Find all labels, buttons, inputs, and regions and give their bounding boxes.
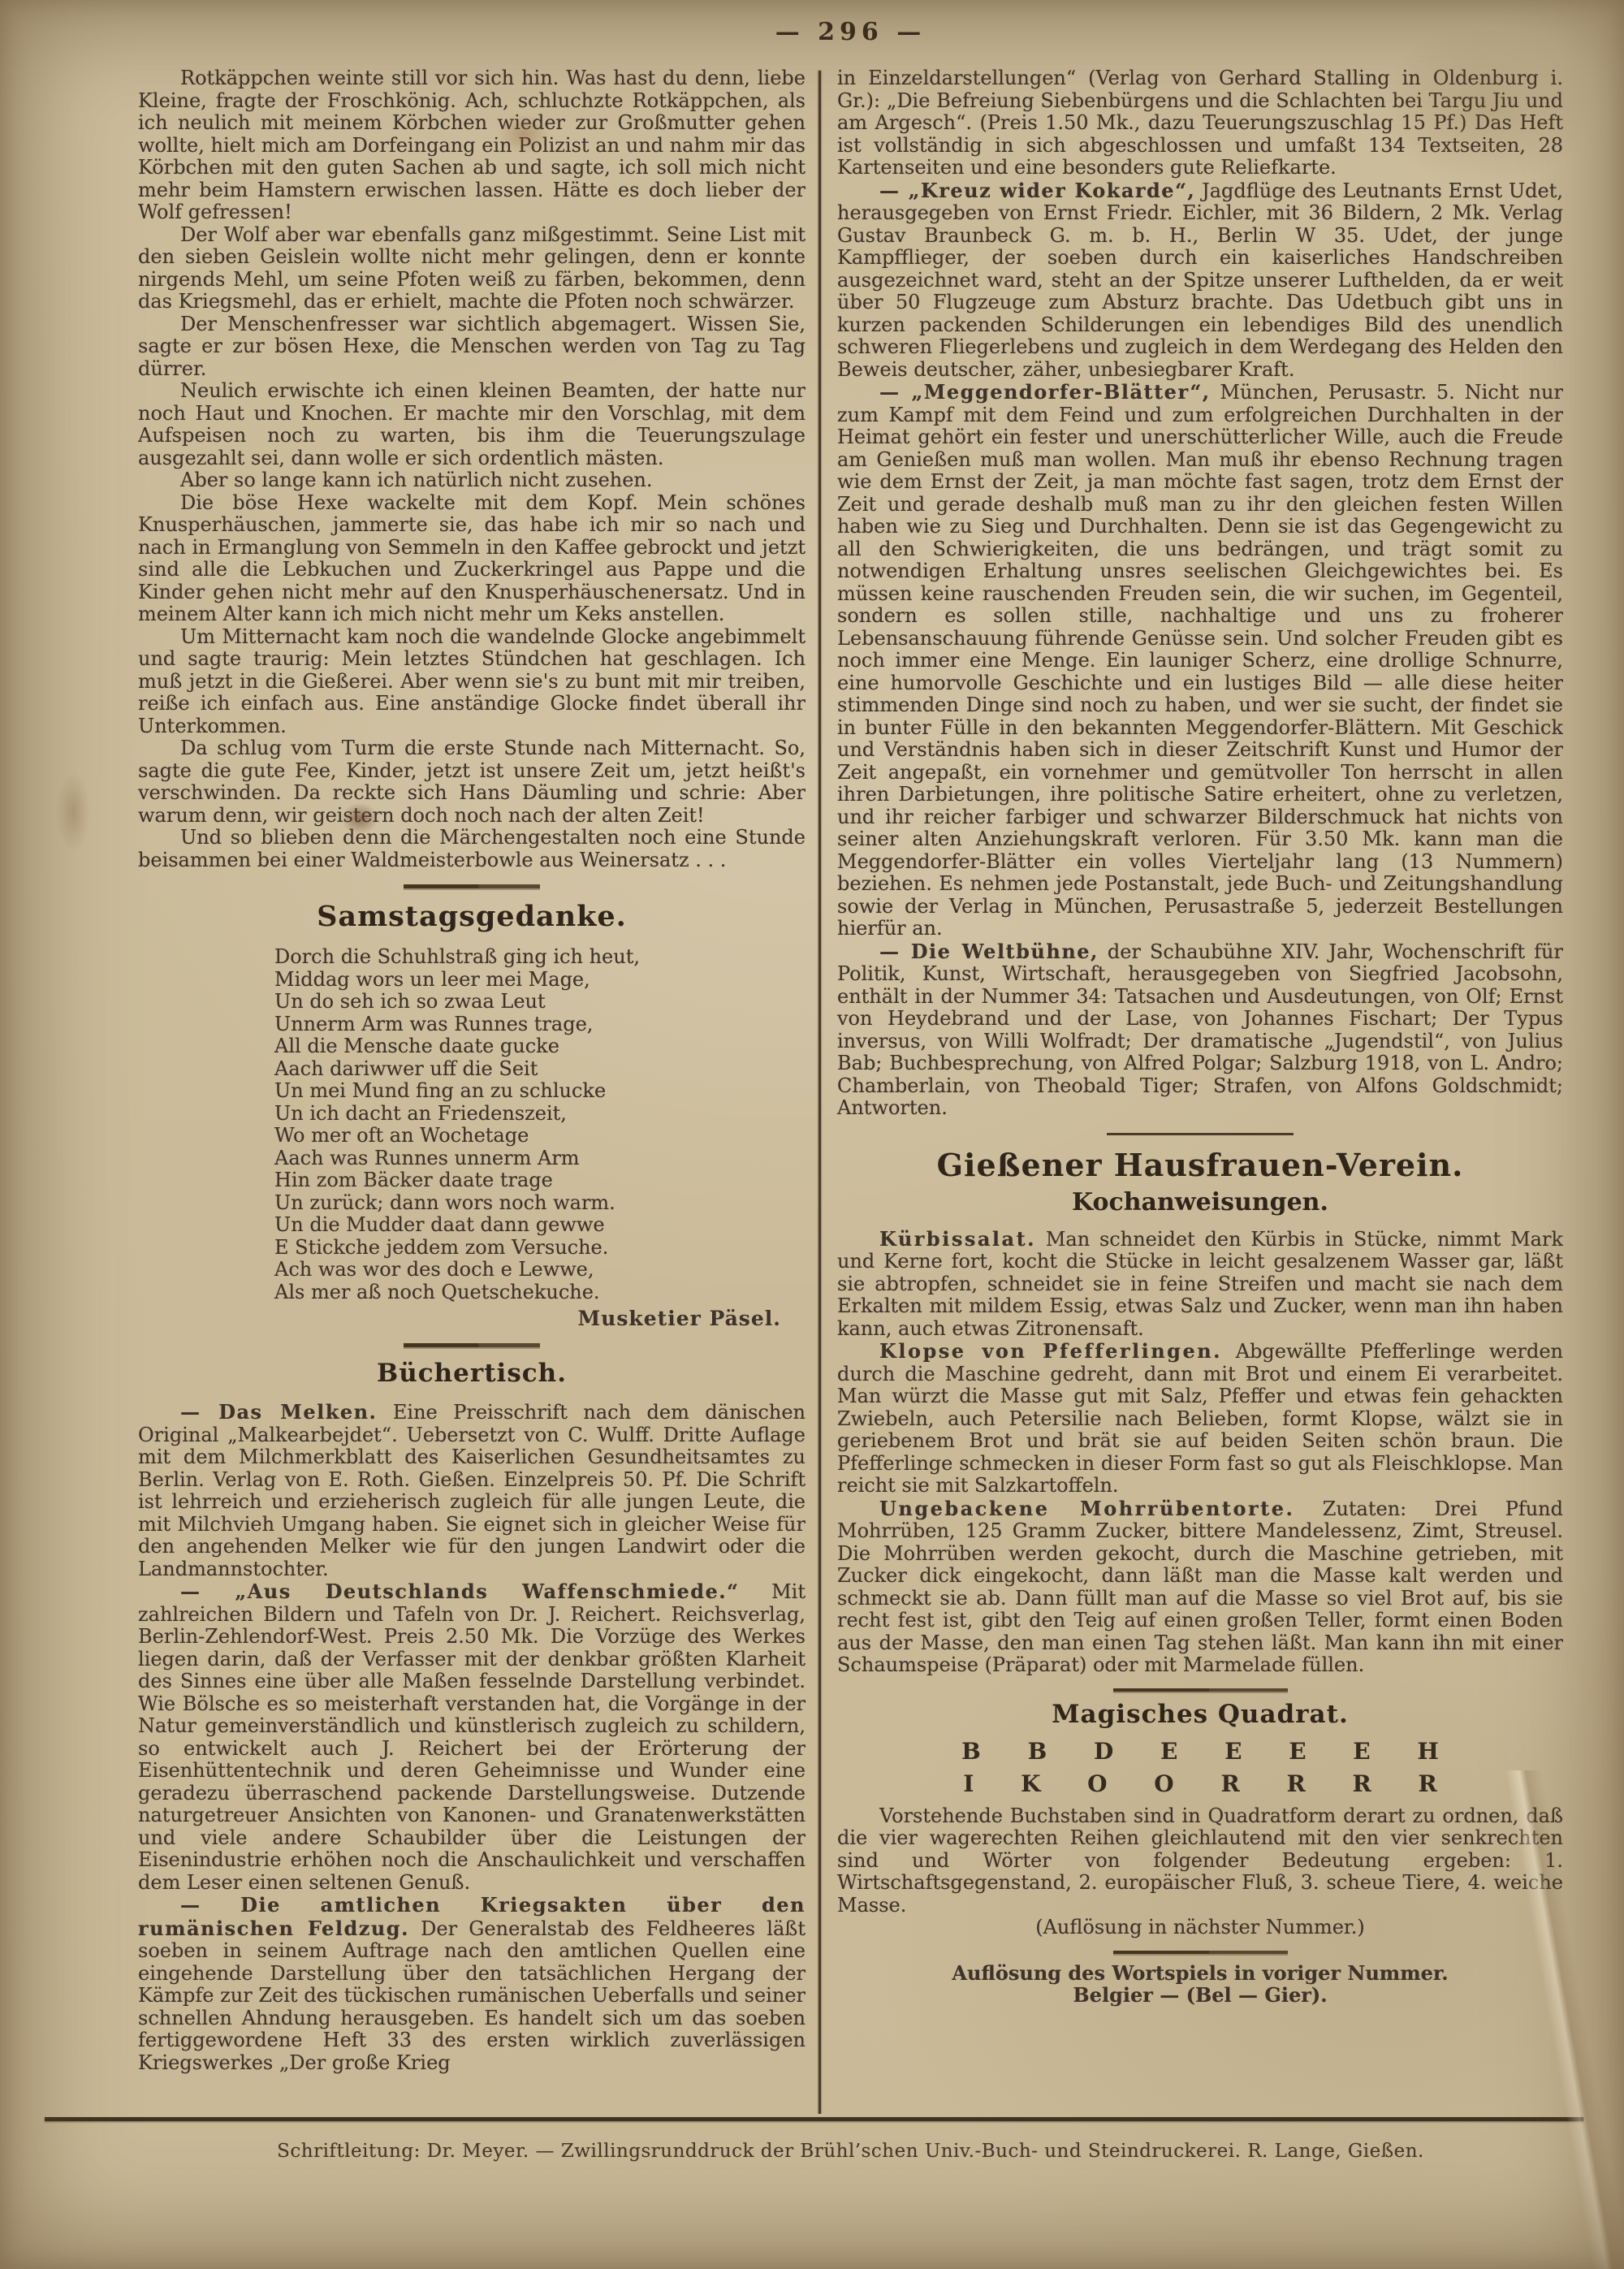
poem-line: E Stickche jeddem zom Versuche.: [274, 1237, 806, 1260]
section-divider: [404, 884, 540, 888]
recipes: Kürbissalat. Man schneidet den Kürbis in…: [837, 1228, 1563, 1677]
left-column: Rotkäppchen weinte still vor sich hin. W…: [138, 67, 806, 2114]
recipe: Ungebackene Mohrrübentorte. Zutaten: Dre…: [837, 1498, 1563, 1677]
poem-line: Dorch die Schuhlstraß ging ich heut,: [274, 946, 806, 969]
book-review-text: Eine Preisschrift nach dem dänischen Ori…: [138, 1401, 806, 1580]
story-paragraph: Aber so lange kann ich natürlich nicht z…: [138, 469, 806, 492]
poem-line: Middag wors un leer mei Mage,: [274, 969, 806, 992]
recipe-name: Ungebackene Mohrrübentorte.: [879, 1497, 1294, 1520]
recipe: Klopse von Pfefferlingen. Abgewällte Pfe…: [837, 1340, 1563, 1498]
book-review-title: — Die Weltbühne,: [879, 940, 1099, 963]
quadrat-instructions: Vorstehende Buchstaben sind in Quadratfo…: [837, 1805, 1563, 1917]
book-review-title: — „Kreuz wider Kokarde“,: [879, 179, 1195, 202]
story-paragraph: Die böse Hexe wackelte mit dem Kopf. Mei…: [138, 492, 806, 626]
hausfrauen-title: Gießener Hausfrauen-Verein.: [837, 1147, 1563, 1183]
story-section: Rotkäppchen weinte still vor sich hin. W…: [138, 67, 806, 871]
story-paragraph: Und so blieben denn die Märchengestalten…: [138, 827, 806, 871]
poem-line: Un ich dacht an Friedenszeit,: [274, 1103, 806, 1126]
buechertisch-reviews: — Das Melken. Eine Preisschrift nach dem…: [138, 1401, 806, 2074]
story-paragraph: Der Wolf aber war ebenfalls ganz mißgest…: [138, 224, 806, 313]
section-divider: [1113, 1688, 1288, 1692]
poem-line: All die Mensche daate gucke: [274, 1035, 806, 1058]
book-review-title: — Das Melken.: [180, 1400, 377, 1424]
kochanweisungen-subtitle: Kochanweisungen.: [837, 1188, 1563, 1217]
book-review-text: Mit zahlreichen Bildern und Tafeln von D…: [138, 1580, 806, 1894]
quadrat-solution-note: (Auflösung in nächster Nummer.): [837, 1917, 1563, 1939]
poem-lines: Dorch die Schuhlstraß ging ich heut, Mid…: [274, 946, 806, 1303]
book-review: — Die Weltbühne, der Schaubühne XIV. Jah…: [837, 940, 1563, 1120]
book-review-title: — „Meggendorfer-Blätter“,: [879, 380, 1211, 404]
book-review: — „Aus Deutschlands Waffenschmiede.“ Mit…: [138, 1580, 806, 1894]
poem-title: Samstagsgedanke.: [138, 900, 806, 933]
footer-rule: [45, 2117, 1583, 2121]
quadrat-title: Magisches Quadrat.: [837, 1700, 1563, 1729]
poem-line: Un do seh ich so zwaa Leut: [274, 991, 806, 1013]
poem-line: Unnerm Arm was Runnes trage,: [274, 1013, 806, 1036]
poem-line: Aach dariwwer uff die Seit: [274, 1058, 806, 1081]
poem-line: Ach was wor des doch e Lewwe,: [274, 1259, 806, 1281]
story-paragraph: Rotkäppchen weinte still vor sich hin. W…: [138, 67, 806, 224]
quadrat-letters: B B D E E E E H I K O O R R R R: [837, 1735, 1563, 1800]
poem-line: Als mer aß noch Quetschekuche.: [274, 1281, 806, 1304]
quadrat-letter-row: B B D E E E E H: [837, 1735, 1563, 1768]
recipe: Kürbissalat. Man schneidet den Kürbis in…: [837, 1228, 1563, 1341]
right-reviews: — „Kreuz wider Kokarde“, Jagdflüge des L…: [837, 179, 1563, 1120]
book-review-title: — „Aus Deutschlands Waffenschmiede.“: [180, 1580, 739, 1603]
recipe-text: Abgewällte Pfefferlinge werden durch die…: [837, 1340, 1563, 1497]
footer-imprint: Schriftleitung: Dr. Meyer. — Zwillingsru…: [138, 2141, 1563, 2162]
poem-line: Un mei Mund fing an zu schlucke: [274, 1080, 806, 1103]
story-paragraph: Der Menschenfresser war sichtlich abgema…: [138, 313, 806, 381]
wortspiel-heading: Auflösung des Wortspiels in voriger Numm…: [837, 1962, 1563, 1985]
book-review-text: München, Perusastr. 5. Nicht nur zum Kam…: [837, 381, 1563, 940]
book-review: — „Meggendorfer-Blätter“, München, Perus…: [837, 381, 1563, 940]
review-continuation: in Einzeldarstellungen“ (Verlag von Gerh…: [837, 67, 1563, 179]
book-review-text: Der Generalstab des Feldheeres läßt soeb…: [138, 1917, 806, 2074]
wortspiel-solution: Belgier — (Bel — Gier).: [837, 1984, 1563, 2007]
poem-line: Un zurück; dann wors noch warm.: [274, 1192, 806, 1215]
poem: Dorch die Schuhlstraß ging ich heut, Mid…: [274, 946, 806, 1303]
book-review-text: Jagdflüge des Leutnants Ernst Udet, hera…: [837, 179, 1563, 381]
book-review: — „Kreuz wider Kokarde“, Jagdflüge des L…: [837, 179, 1563, 382]
recipe-name: Kürbissalat.: [879, 1227, 1036, 1251]
poem-line: Hin zom Bäcker daate trage: [274, 1169, 806, 1192]
book-review: — Das Melken. Eine Preisschrift nach dem…: [138, 1401, 806, 1580]
poem-line: Aach was Runnes unnerm Arm: [274, 1147, 806, 1170]
recipe-text: Zutaten: Drei Pfund Mohrrüben, 125 Gramm…: [837, 1498, 1563, 1677]
book-review-text: der Schaubühne XIV. Jahr, Wochenschrift …: [837, 940, 1563, 1120]
page-number: — 296 —: [138, 18, 1563, 46]
book-review: — Die amtlichen Kriegsakten über den rum…: [138, 1894, 806, 2074]
section-divider: [1107, 1133, 1294, 1135]
buechertisch-title: Büchertisch.: [138, 1359, 806, 1388]
section-divider: [404, 1343, 540, 1347]
poem-signature: Musketier Päsel.: [138, 1307, 781, 1330]
paper-stain: [49, 755, 97, 869]
section-divider: [1113, 1951, 1288, 1954]
right-column: in Einzeldarstellungen“ (Verlag von Gerh…: [837, 67, 1563, 2114]
story-paragraph: Neulich erwischte ich einen kleinen Beam…: [138, 380, 806, 469]
recipe-name: Klopse von Pfefferlingen.: [879, 1339, 1222, 1363]
page-columns: Rotkäppchen weinte still vor sich hin. W…: [138, 67, 1563, 2114]
poem-line: Un die Mudder daat dann gewwe: [274, 1214, 806, 1237]
poem-line: Wo mer oft an Wochetage: [274, 1125, 806, 1147]
newspaper-page: — 296 — Rotkäppchen weinte still vor sic…: [0, 0, 1624, 2269]
story-paragraph: Da schlug vom Turm die erste Stunde nach…: [138, 737, 806, 827]
quadrat-letter-row: I K O O R R R R: [837, 1768, 1563, 1800]
column-rule: [818, 71, 821, 2114]
story-paragraph: Um Mitternacht kam noch die wandelnde Gl…: [138, 626, 806, 738]
